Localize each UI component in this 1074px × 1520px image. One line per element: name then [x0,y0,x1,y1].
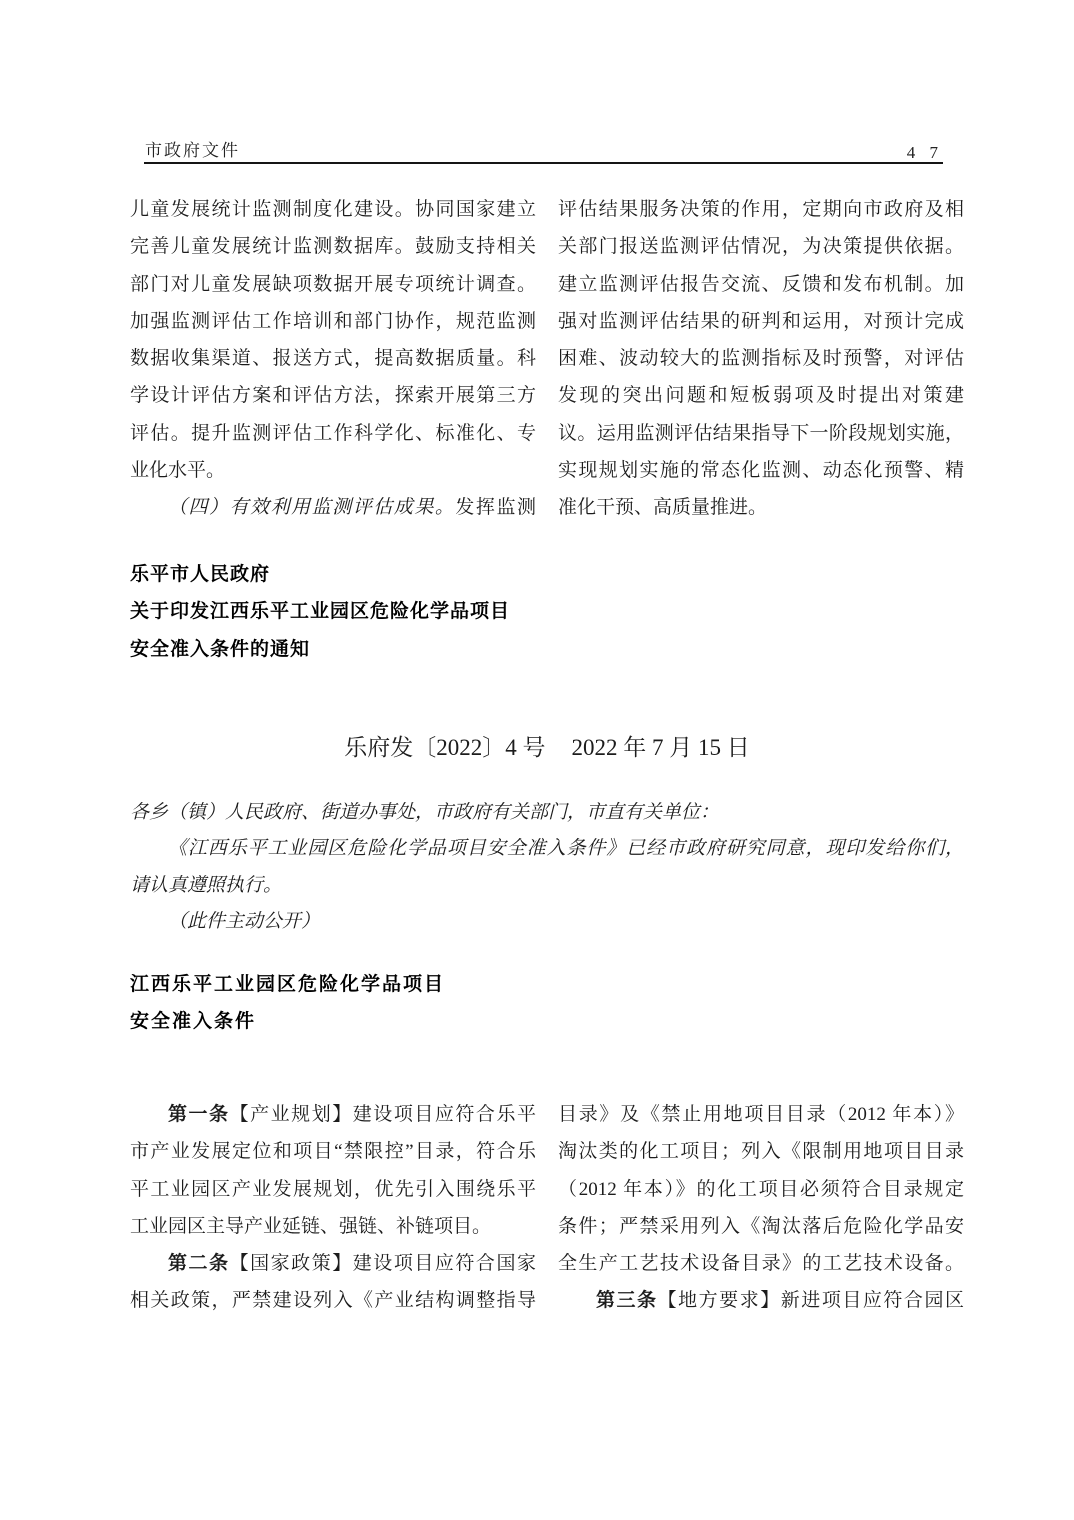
text-segment: 第二条 [168,1253,230,1274]
text-line: 工业园区主导产业延链、强链、补链项目。 [130,1208,536,1245]
document-page: 市政府文件 4 7 儿童发展统计监测制度化建设。协同国家建立完善儿童发展统计监测… [0,0,1074,1520]
text-line: 第三条【地方要求】新进项目应符合园区 [558,1282,964,1319]
text-segment: 工业园区主导产业延链、强链、补链项目。 [130,1216,491,1237]
text-line: 第二条【国家政策】建设项目应符合国家 [130,1245,536,1282]
text-line: 儿童发展统计监测制度化建设。协同国家建立 [130,191,536,228]
text-segment: 学设计评估方案和评估方法，探索开展第三方 [130,385,536,406]
text-segment: 关于印发江西乐平工业园区危险化学品项目 [130,601,510,622]
text-segment: 【地方要求】新进项目应符合园区 [658,1290,964,1311]
text-segment: 相关政策，严禁建设列入《产业结构调整指导 [130,1290,536,1311]
text-segment: 乐平市人民政府 [130,564,270,585]
text-segment: 关部门报送监测评估情况，为决策提供依据。 [558,236,964,257]
text-segment: 江西乐平工业园区危险化学品项目 [130,974,445,995]
notice-body: 各乡（镇）人民政府、街道办事处，市政府有关部门，市直有关单位：《江西乐平工业园区… [130,795,964,941]
text-line: 关部门报送监测评估情况，为决策提供依据。 [558,228,964,265]
text-segment: 第一条 [168,1104,230,1125]
text-line: （四）有效利用监测评估成果。发挥监测 [130,489,536,526]
text-line: （此件主动公开） [130,904,964,940]
text-line: 数据收集渠道、报送方式，提高数据质量。科 [130,340,536,377]
page-number: 4 7 [907,143,943,163]
text-segment: 强对监测评估结果的研判和运用，对预计完成 [558,311,964,332]
text-line: 发现的突出问题和短板弱项及时提出对策建 [558,377,964,414]
text-line: 目录》及《禁止用地项目目录（2012 年本）》 [558,1096,964,1133]
text-line: 请认真遵照执行。 [130,868,964,904]
text-line: （2012 年本）》的化工项目必须符合目录规定 [558,1171,964,1208]
text-segment: 安全准入条件 [130,1011,256,1032]
text-segment: 目录》及《禁止用地项目目录（2012 年本）》 [558,1104,964,1125]
text-line: 评估。提升监测评估工作科学化、标准化、专 [130,415,536,452]
text-segment: 《江西乐平工业园区危险化学品项目安全准入条件》已经市政府研究同意，现印发给你们， [168,838,964,859]
text-line: 完善儿童发展统计监测数据库。鼓励支持相关 [130,228,536,265]
bottom-left-column: 第一条【产业规划】建设项目应符合乐平市产业发展定位和项目“禁限控”目录，符合乐平… [130,1096,536,1320]
text-line: 相关政策，严禁建设列入《产业结构调整指导 [130,1282,536,1319]
text-line: 实现规划实施的常态化监测、动态化预警、精 [558,452,964,489]
doc-number: 乐府发〔2022〕4 号 [344,735,545,760]
text-segment: 请认真遵照执行。 [130,875,282,896]
text-segment: 【产业规划】建设项目应符合乐平 [230,1104,536,1125]
notice-title: 乐平市人民政府关于印发江西乐平工业园区危险化学品项目安全准入条件的通知 [130,556,964,668]
text-segment: 全生产工艺技术设备目录》的工艺技术设备。 [558,1253,964,1274]
text-segment: 数据收集渠道、报送方式，提高数据质量。科 [130,348,536,369]
text-segment: （四）有效利用监测评估成果。 [168,497,455,518]
text-line: 安全准入条件的通知 [130,631,964,668]
doc-number-and-date: 乐府发〔2022〕4 号2022 年 7 月 15 日 [130,731,964,765]
text-line: 江西乐平工业园区危险化学品项目 [130,966,964,1003]
text-line: 市产业发展定位和项目“禁限控”目录，符合乐 [130,1133,536,1170]
text-segment: 发现的突出问题和短板弱项及时提出对策建 [558,385,964,406]
text-line: 关于印发江西乐平工业园区危险化学品项目 [130,593,964,630]
text-segment: （2012 年本）》的化工项目必须符合目录规定 [558,1179,964,1200]
bottom-right-column: 目录》及《禁止用地项目目录（2012 年本）》淘汰类的化工项目；列入《限制用地项… [558,1096,964,1320]
top-two-column-text: 儿童发展统计监测制度化建设。协同国家建立完善儿童发展统计监测数据库。鼓励支持相关… [130,191,964,527]
text-segment: 建立监测评估报告交流、反馈和发布机制。加 [558,274,964,295]
bottom-two-column-text: 第一条【产业规划】建设项目应符合乐平市产业发展定位和项目“禁限控”目录，符合乐平… [130,1096,964,1320]
header-rule [144,162,943,164]
text-line: 全生产工艺技术设备目录》的工艺技术设备。 [558,1245,964,1282]
text-segment: 实现规划实施的常态化监测、动态化预警、精 [558,460,964,481]
text-line: 淘汰类的化工项目；列入《限制用地项目目录 [558,1133,964,1170]
attachment-title: 江西乐平工业园区危险化学品项目安全准入条件 [130,966,964,1041]
text-segment: 业化水平。 [130,460,225,481]
text-segment: 平工业园区产业发展规划，优先引入围绕乐平 [130,1179,536,1200]
text-segment: 各乡（镇）人民政府、街道办事处，市政府有关部门，市直有关单位： [130,802,719,823]
text-segment: 评估结果服务决策的作用，定期向市政府及相 [558,199,964,220]
text-line: 平工业园区产业发展规划，优先引入围绕乐平 [130,1171,536,1208]
text-segment: 儿童发展统计监测制度化建设。协同国家建立 [130,199,536,220]
text-segment: 困难、波动较大的监测指标及时预警，对评估 [558,348,964,369]
text-line: 乐平市人民政府 [130,556,964,593]
text-segment: 条件；严禁采用列入《淘汰落后危险化学品安 [558,1216,964,1237]
text-line: 加强监测评估工作培训和部门协作，规范监测 [130,303,536,340]
text-segment: 准化干预、高质量推进。 [558,497,767,518]
text-line: 议。运用监测评估结果指导下一阶段规划实施， [558,415,964,452]
text-line: 《江西乐平工业园区危险化学品项目安全准入条件》已经市政府研究同意，现印发给你们， [130,831,964,867]
text-line: 条件；严禁采用列入《淘汰落后危险化学品安 [558,1208,964,1245]
text-line: 准化干预、高质量推进。 [558,489,964,526]
issue-date: 2022 年 7 月 15 日 [572,735,750,760]
text-line: 强对监测评估结果的研判和运用，对预计完成 [558,303,964,340]
text-segment: 部门对儿童发展缺项数据开展专项统计调查。 [130,274,536,295]
text-segment: 评估。提升监测评估工作科学化、标准化、专 [130,423,536,444]
text-line: 安全准入条件 [130,1003,964,1040]
text-line: 部门对儿童发展缺项数据开展专项统计调查。 [130,266,536,303]
text-line: 困难、波动较大的监测指标及时预警，对评估 [558,340,964,377]
text-line: 评估结果服务决策的作用，定期向市政府及相 [558,191,964,228]
text-segment: 安全准入条件的通知 [130,639,310,660]
top-left-column: 儿童发展统计监测制度化建设。协同国家建立完善儿童发展统计监测数据库。鼓励支持相关… [130,191,536,527]
text-segment: 淘汰类的化工项目；列入《限制用地项目目录 [558,1141,964,1162]
text-segment: 完善儿童发展统计监测数据库。鼓励支持相关 [130,236,536,257]
text-line: 第一条【产业规划】建设项目应符合乐平 [130,1096,536,1133]
top-right-column: 评估结果服务决策的作用，定期向市政府及相关部门报送监测评估情况，为决策提供依据。… [558,191,964,527]
text-segment: 发挥监测 [455,497,536,518]
text-line: 学设计评估方案和评估方法，探索开展第三方 [130,377,536,414]
text-line: 各乡（镇）人民政府、街道办事处，市政府有关部门，市直有关单位： [130,795,964,831]
text-segment: （此件主动公开） [168,911,320,932]
text-segment: 市产业发展定位和项目“禁限控”目录，符合乐 [130,1141,536,1162]
text-line: 业化水平。 [130,452,536,489]
text-segment: 【国家政策】建设项目应符合国家 [230,1253,536,1274]
text-line: 建立监测评估报告交流、反馈和发布机制。加 [558,266,964,303]
header-label: 市政府文件 [145,136,240,161]
text-segment: 加强监测评估工作培训和部门协作，规范监测 [130,311,536,332]
text-segment: 议。运用监测评估结果指导下一阶段规划实施， [558,423,964,444]
text-segment: 第三条 [596,1290,658,1311]
